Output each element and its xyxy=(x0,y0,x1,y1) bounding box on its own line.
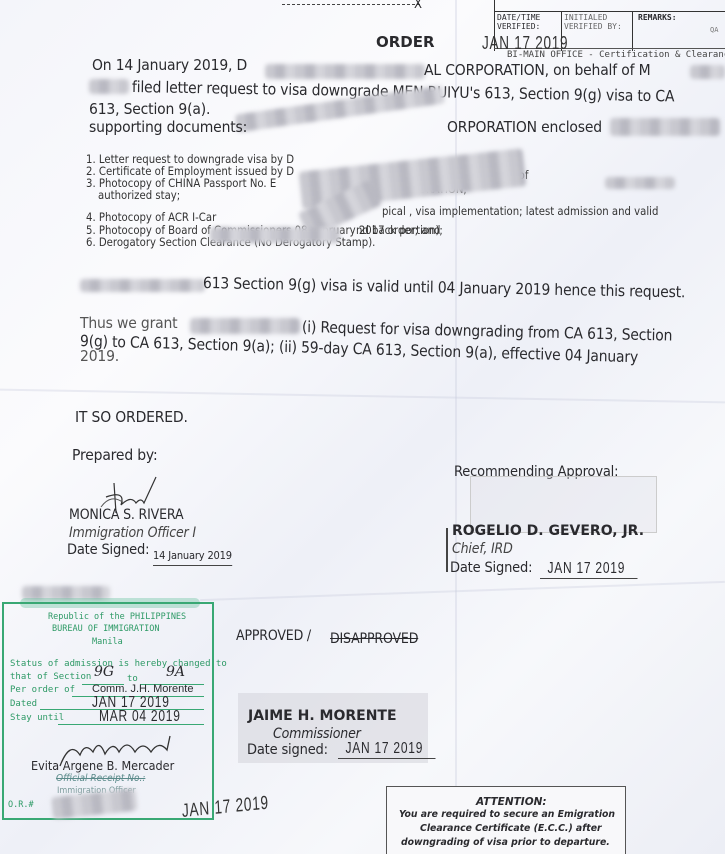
remarks-label: REMARKS: xyxy=(638,13,677,22)
cut-line-marker: X xyxy=(414,0,422,12)
it-so-ordered: IT SO ORDERED. xyxy=(75,408,188,426)
cut-line xyxy=(282,4,420,5)
paper-crease xyxy=(0,389,725,404)
page-title: ORDER xyxy=(376,33,435,51)
intro-line-4: supporting documents: xyxy=(89,118,247,136)
intro-line-3: 613, Section 9(a). xyxy=(89,100,210,118)
redacted-block xyxy=(210,227,340,243)
redacted-block xyxy=(265,64,425,79)
attention-title: ATTENTION: xyxy=(476,796,547,808)
intro-line-1-tail: AL CORPORATION, on behalf of M xyxy=(424,61,650,79)
prepared-title: Immigration Officer I xyxy=(69,524,196,542)
redacted-block xyxy=(610,118,720,136)
grant-line-1-head: Thus we grant xyxy=(80,314,177,332)
bi-stamp-line-2: BUREAU OF IMMIGRATION xyxy=(52,624,159,634)
prepared-by-label: Prepared by: xyxy=(72,446,158,464)
section-from-value: 9G xyxy=(94,664,114,680)
stay-until-label: Stay until xyxy=(10,713,64,723)
officer-name: Evita Argene B. Mercader xyxy=(31,758,174,773)
disapproved-label: DISAPPROVED xyxy=(330,630,418,648)
approved-label: APPROVED / xyxy=(236,627,311,645)
recommending-margin-line xyxy=(446,528,448,572)
section-label: that of Section xyxy=(10,672,91,682)
status-line: Status of admission is hereby changed to xyxy=(10,659,227,669)
recommending-title: Chief, IRD xyxy=(452,540,513,558)
commissioner-date-label: Date signed: xyxy=(247,741,328,759)
recommending-date-label: Date Signed: xyxy=(450,559,532,577)
initialed-verified-label: INITIALED VERIFIED BY: xyxy=(562,11,633,51)
commissioner-date-value: JAN 17 2019 xyxy=(338,740,436,759)
grant-line-3: 2019. xyxy=(80,347,119,365)
list-item: authorized stay; xyxy=(98,189,180,201)
or-label: O.R.# xyxy=(8,800,34,810)
verification-date: JAN 17 2019 xyxy=(482,33,568,54)
prepared-date-label: Date Signed: xyxy=(67,541,149,559)
commissioner-name: JAIME H. MORENTE xyxy=(248,708,397,724)
attention-line-3: downgrading of visa prior to departure. xyxy=(401,837,610,848)
redacted-block xyxy=(89,79,129,94)
redacted-block xyxy=(690,65,725,79)
prepared-date-value: 14 January 2019 xyxy=(153,547,232,566)
list-item: 4. Photocopy of ACR I-Car xyxy=(86,211,216,223)
prepared-name: MONICA S. RIVERA xyxy=(69,506,183,524)
attention-line-1: You are required to secure an Emigration xyxy=(399,809,615,820)
stay-until-value: MAR 04 2019 xyxy=(99,708,181,726)
per-order-label: Per order of xyxy=(10,685,75,695)
intro-line-1: On 14 January 2019, D xyxy=(92,56,247,74)
attention-line-2: Clearance Certificate (E.C.C.) after xyxy=(420,823,602,834)
receipt-label: Official Receipt No.: xyxy=(56,773,145,784)
redacted-block xyxy=(80,279,205,292)
redacted-block xyxy=(190,318,300,334)
intro-line-3-tail: ORPORATION enclosed xyxy=(447,118,602,136)
bi-stamp-line-3: Manila xyxy=(92,637,123,647)
bi-stamp-line-1: Republic of the PHILIPPINES xyxy=(48,612,186,622)
redacted-block xyxy=(605,177,675,189)
recommending-date-value: JAN 17 2019 xyxy=(540,560,638,579)
recommending-name: ROGELIO D. GEVERO, JR. xyxy=(452,523,644,539)
validity-text: 613 Section 9(g) visa is valid until 04 … xyxy=(203,274,686,301)
list-item: pical , visa implementation; latest admi… xyxy=(382,205,658,217)
section-to-value: 9A xyxy=(166,664,185,680)
paper-crease xyxy=(200,581,725,601)
dated-label: Dated xyxy=(10,699,37,709)
remarks-value: QA xyxy=(710,26,718,34)
